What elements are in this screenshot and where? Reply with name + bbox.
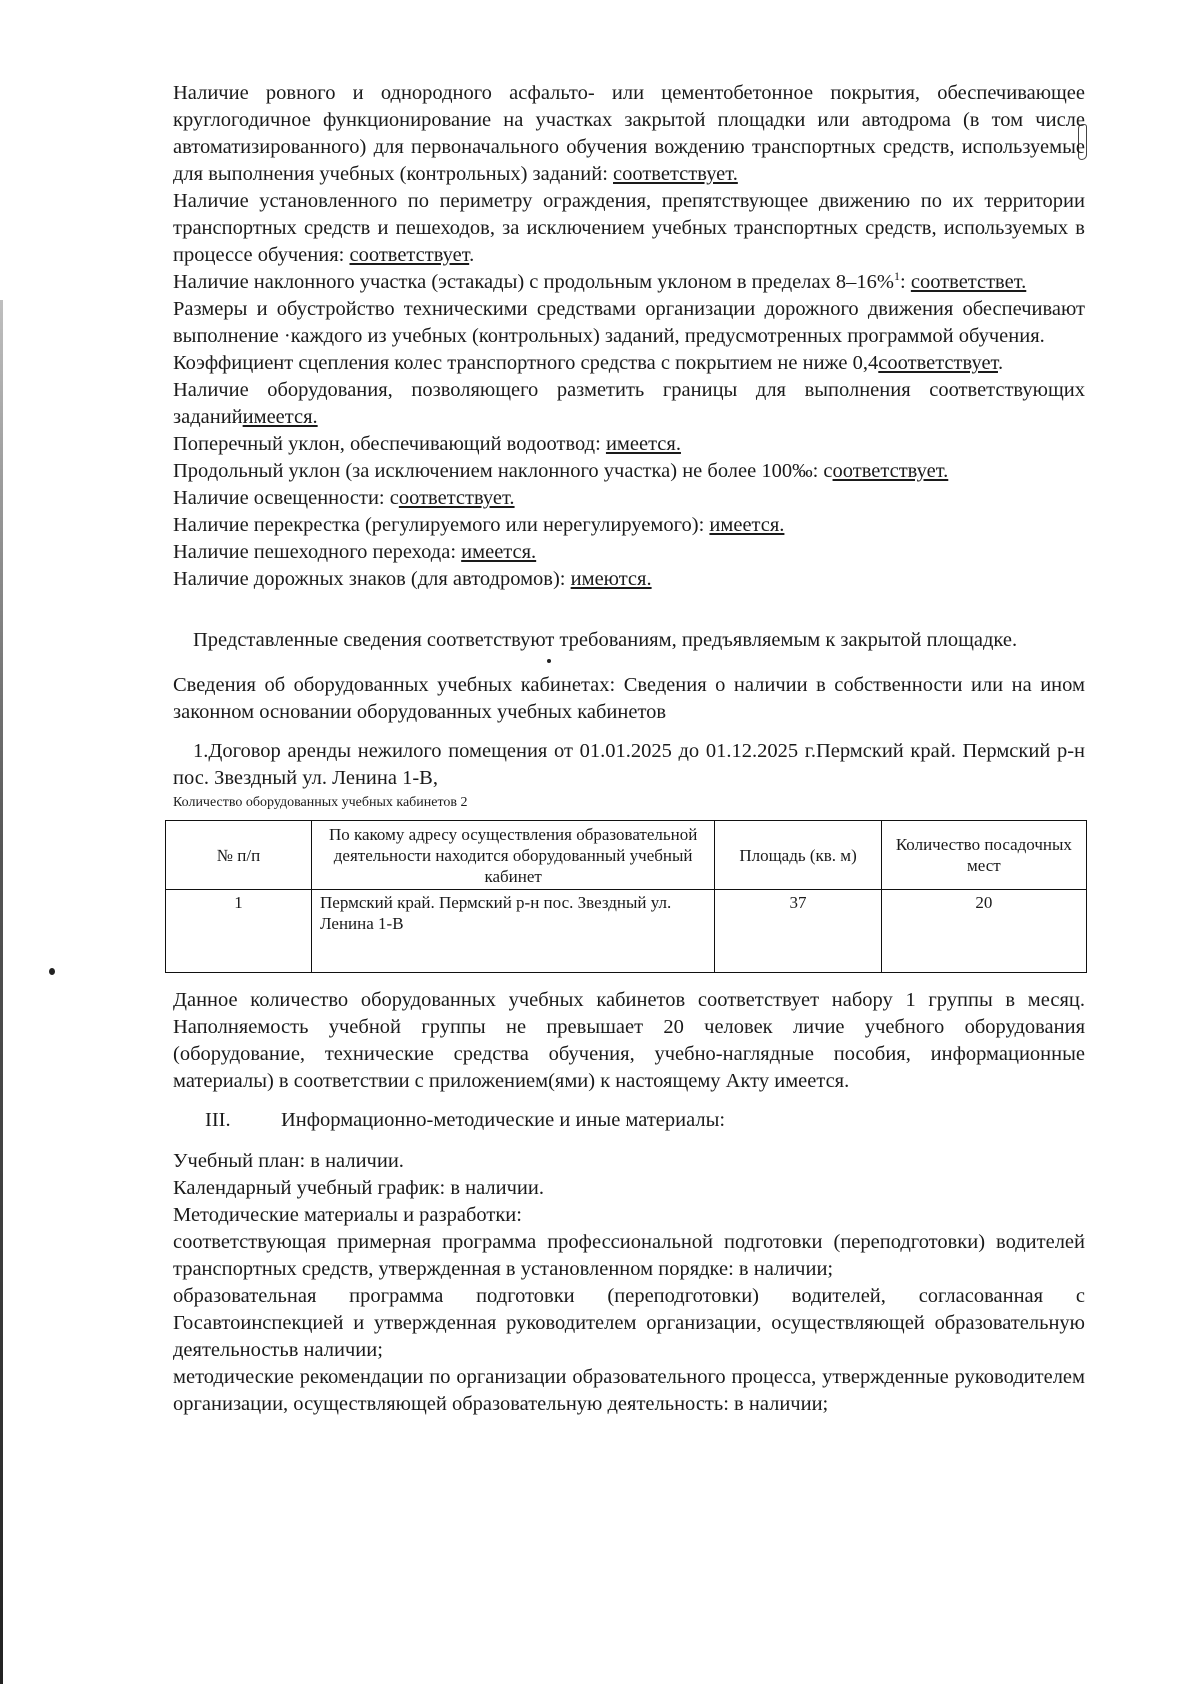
table-header-row: № п/п По какому адресу осуществления обр… — [166, 821, 1087, 890]
materials-list: Учебный план: в наличии. Календарный уче… — [173, 1148, 1085, 1418]
header-seats: Количество посадочных мест — [881, 821, 1086, 890]
table-row: 1 Пермский край. Пермский р-н пос. Звезд… — [166, 890, 1087, 973]
material-item: соответствующая примерная программа проф… — [173, 1229, 1085, 1283]
requirement-status: соответствует — [878, 352, 998, 374]
material-item: Учебный план: в наличии. — [173, 1148, 1085, 1175]
requirement-text: Наличие освещенности: с — [173, 487, 399, 509]
closed-area-requirements: Наличие ровного и однородного асфальто- … — [173, 80, 1085, 593]
header-address: По какому адресу осуществления образоват… — [312, 821, 715, 890]
requirement-item: Размеры и обустройство техническими сред… — [173, 296, 1085, 350]
requirement-item: Продольный уклон (за исключением наклонн… — [173, 458, 1085, 485]
requirement-text: Наличие установленного по периметру огра… — [173, 190, 1085, 266]
requirement-text: Поперечный уклон, обеспечивающий водоотв… — [173, 433, 606, 455]
section-title: Информационно-методические и иные матери… — [281, 1107, 725, 1134]
requirement-text: Коэффициент сцепления колес транспортног… — [173, 352, 878, 374]
requirement-item: Наличие оборудования, позволяющего разме… — [173, 377, 1085, 431]
requirement-item: Наличие установленного по периметру огра… — [173, 188, 1085, 269]
cell-address: Пермский край. Пермский р-н пос. Звездны… — [312, 890, 715, 973]
cabinets-summary: Данное количество оборудованных учебных … — [173, 987, 1085, 1095]
material-item: Методические материалы и разработки: — [173, 1202, 1085, 1229]
requirement-text: Наличие наклонного участка (эстакады) с … — [173, 271, 894, 293]
requirement-item: Коэффициент сцепления колес транспортног… — [173, 350, 1085, 377]
requirement-text: Размеры и обустройство техническими сред… — [173, 298, 1085, 347]
requirement-status: имеется. — [709, 514, 784, 536]
requirement-tail: . — [998, 352, 1003, 374]
requirement-status: оответствует. — [399, 487, 515, 509]
scan-edge-border — [0, 300, 3, 1684]
lease-agreement: 1.Договор аренды нежилого помещения от 0… — [173, 738, 1085, 792]
requirement-text: Наличие перекрестка (регулируемого или н… — [173, 514, 709, 536]
material-item: методические рекомендации по организации… — [173, 1364, 1085, 1418]
section-heading: III. Информационно-методические и иные м… — [173, 1107, 1085, 1134]
header-number: № п/п — [166, 821, 312, 890]
cell-seats: 20 — [881, 890, 1086, 973]
requirement-text: Наличие дорожных знаков (для автодромов)… — [173, 568, 571, 590]
cabinets-intro: Сведения об оборудованных учебных кабине… — [173, 672, 1085, 726]
requirement-item: Наличие пешеходного перехода: имеется. — [173, 539, 1085, 566]
requirement-status: имеется. — [243, 406, 318, 428]
requirement-text: Наличие пешеходного перехода: — [173, 541, 461, 563]
document-page: Наличие ровного и однородного асфальто- … — [173, 80, 1085, 1418]
requirement-status: оответствует. — [833, 460, 949, 482]
header-area: Площадь (кв. м) — [715, 821, 881, 890]
requirement-status: соответствет. — [911, 271, 1026, 293]
cabinets-count: Количество оборудованных учебных кабинет… — [173, 794, 1085, 812]
requirement-item: Наличие ровного и однородного асфальто- … — [173, 80, 1085, 188]
section-number: III. — [205, 1107, 281, 1134]
cabinets-table: № п/п По какому адресу осуществления обр… — [165, 820, 1087, 973]
requirement-item: Наличие перекрестка (регулируемого или н… — [173, 512, 1085, 539]
cell-area: 37 — [715, 890, 881, 973]
requirement-text: : — [900, 271, 911, 293]
requirement-text: Продольный уклон (за исключением наклонн… — [173, 460, 833, 482]
closed-area-conclusion: Представленные сведения соответствуют тр… — [173, 627, 1085, 654]
requirement-item: Наличие наклонного участка (эстакады) с … — [173, 269, 1085, 296]
material-item: образовательная программа подготовки (пе… — [173, 1283, 1085, 1364]
cell-number: 1 — [166, 890, 312, 973]
requirement-item: Наличие дорожных знаков (для автодромов)… — [173, 566, 1085, 593]
requirement-item: Поперечный уклон, обеспечивающий водоотв… — [173, 431, 1085, 458]
requirement-status: имеется. — [461, 541, 536, 563]
requirement-status: имеется. — [606, 433, 681, 455]
requirement-item: Наличие освещенности: соответствует. — [173, 485, 1085, 512]
requirement-status: имеются. — [571, 568, 652, 590]
requirement-status: соответствует. — [613, 163, 738, 185]
requirement-tail: . — [469, 244, 474, 266]
requirement-status: соответствует — [349, 244, 469, 266]
material-item: Календарный учебный график: в наличии. — [173, 1175, 1085, 1202]
scan-speck — [49, 968, 55, 975]
